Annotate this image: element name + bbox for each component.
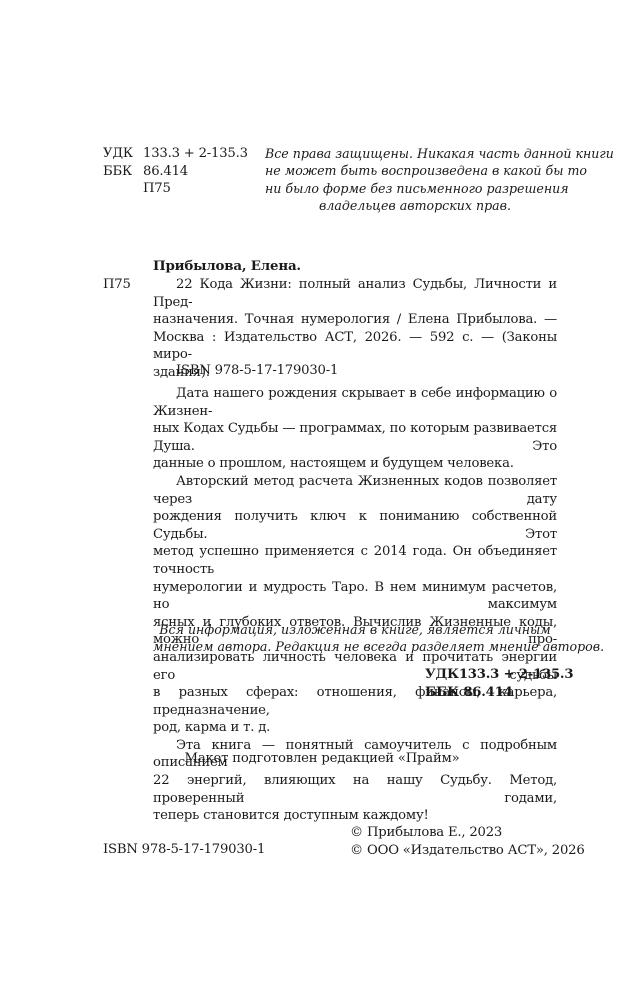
annot-line: Авторский метод расчета Жизненных кодов … [153,473,557,508]
annot-line: теперь становится доступным каждому! [153,807,557,825]
annot-line: нумерологии и мудрость Таро. В нем миним… [153,579,557,614]
rights-line: не может быть воспроизведена в какой бы … [265,162,565,179]
author-sign-margin: П75 [103,276,131,294]
copyright-publisher: © ООО «Издательство АСТ», 2026 [350,842,585,860]
annot-line: ных Кодах Судьбы — программах, по которы… [153,420,557,455]
bbk-footer: ББК 86.414 [425,684,573,702]
bib-line: назначения. Точная нумерология / Елена П… [153,311,557,329]
rights-line: владельцев авторских прав. [265,197,565,214]
copyright-author: © Прибылова Е., 2023 [350,824,585,842]
layout-credit: Макет подготовлен редакцией «Прайм» [0,750,644,768]
udk-label: УДК [103,145,143,163]
disclaimer: Вся информация, изложенная в книге, явля… [153,621,557,656]
bbk-row: ББК 86.414 [103,163,248,181]
classification-footer: УДК133.3 + 2-135.3 ББК 86.414 [425,666,573,701]
bbk-label: ББК [103,163,143,181]
annot-line: рождения получить ключ к пониманию собст… [153,508,557,543]
bib-line: Москва : Издательство АСТ, 2026. — 592 с… [153,329,557,364]
disclaimer-line: Вся информация, изложенная в книге, явля… [153,621,557,638]
annot-line: данные о прошлом, настоящем и будущем че… [153,455,557,473]
annot-line: метод успешно применяется с 2014 года. О… [153,543,557,578]
author-sign-row: П75 [103,180,248,198]
author-sign-label [103,180,143,198]
annot-line: Дата нашего рождения скрывает в себе инф… [153,385,557,420]
author-heading: Прибылова, Елена. [153,258,301,276]
rights-line: Все права защищены. Никакая часть данной… [265,145,565,162]
bib-line: 22 Кода Жизни: полный анализ Судьбы, Лич… [153,276,557,311]
udk-footer: УДК133.3 + 2-135.3 [425,666,573,684]
disclaimer-line: мнением автора. Редакция не всегда разде… [153,638,557,655]
udk-row: УДК 133.3 + 2-135.3 [103,145,248,163]
rights-notice: Все права защищены. Никакая часть данной… [265,145,565,215]
annot-line: род, карма и т. д. [153,719,557,737]
rights-line: ни было форме без письменного разрешения [265,180,565,197]
udk-value: 133.3 + 2-135.3 [143,145,248,163]
isbn-record: ISBN 978-5-17-179030-1 [176,362,338,380]
author-sign-value: П75 [143,180,171,198]
copyright-block: © Прибылова Е., 2023 © ООО «Издательство… [350,824,585,859]
bbk-value: 86.414 [143,163,188,181]
classification-block: УДК 133.3 + 2-135.3 ББК 86.414 П75 [103,145,248,198]
annot-line: 22 энергий, влияющих на нашу Судьбу. Мет… [153,772,557,807]
footer-isbn: ISBN 978-5-17-179030-1 [103,841,265,859]
